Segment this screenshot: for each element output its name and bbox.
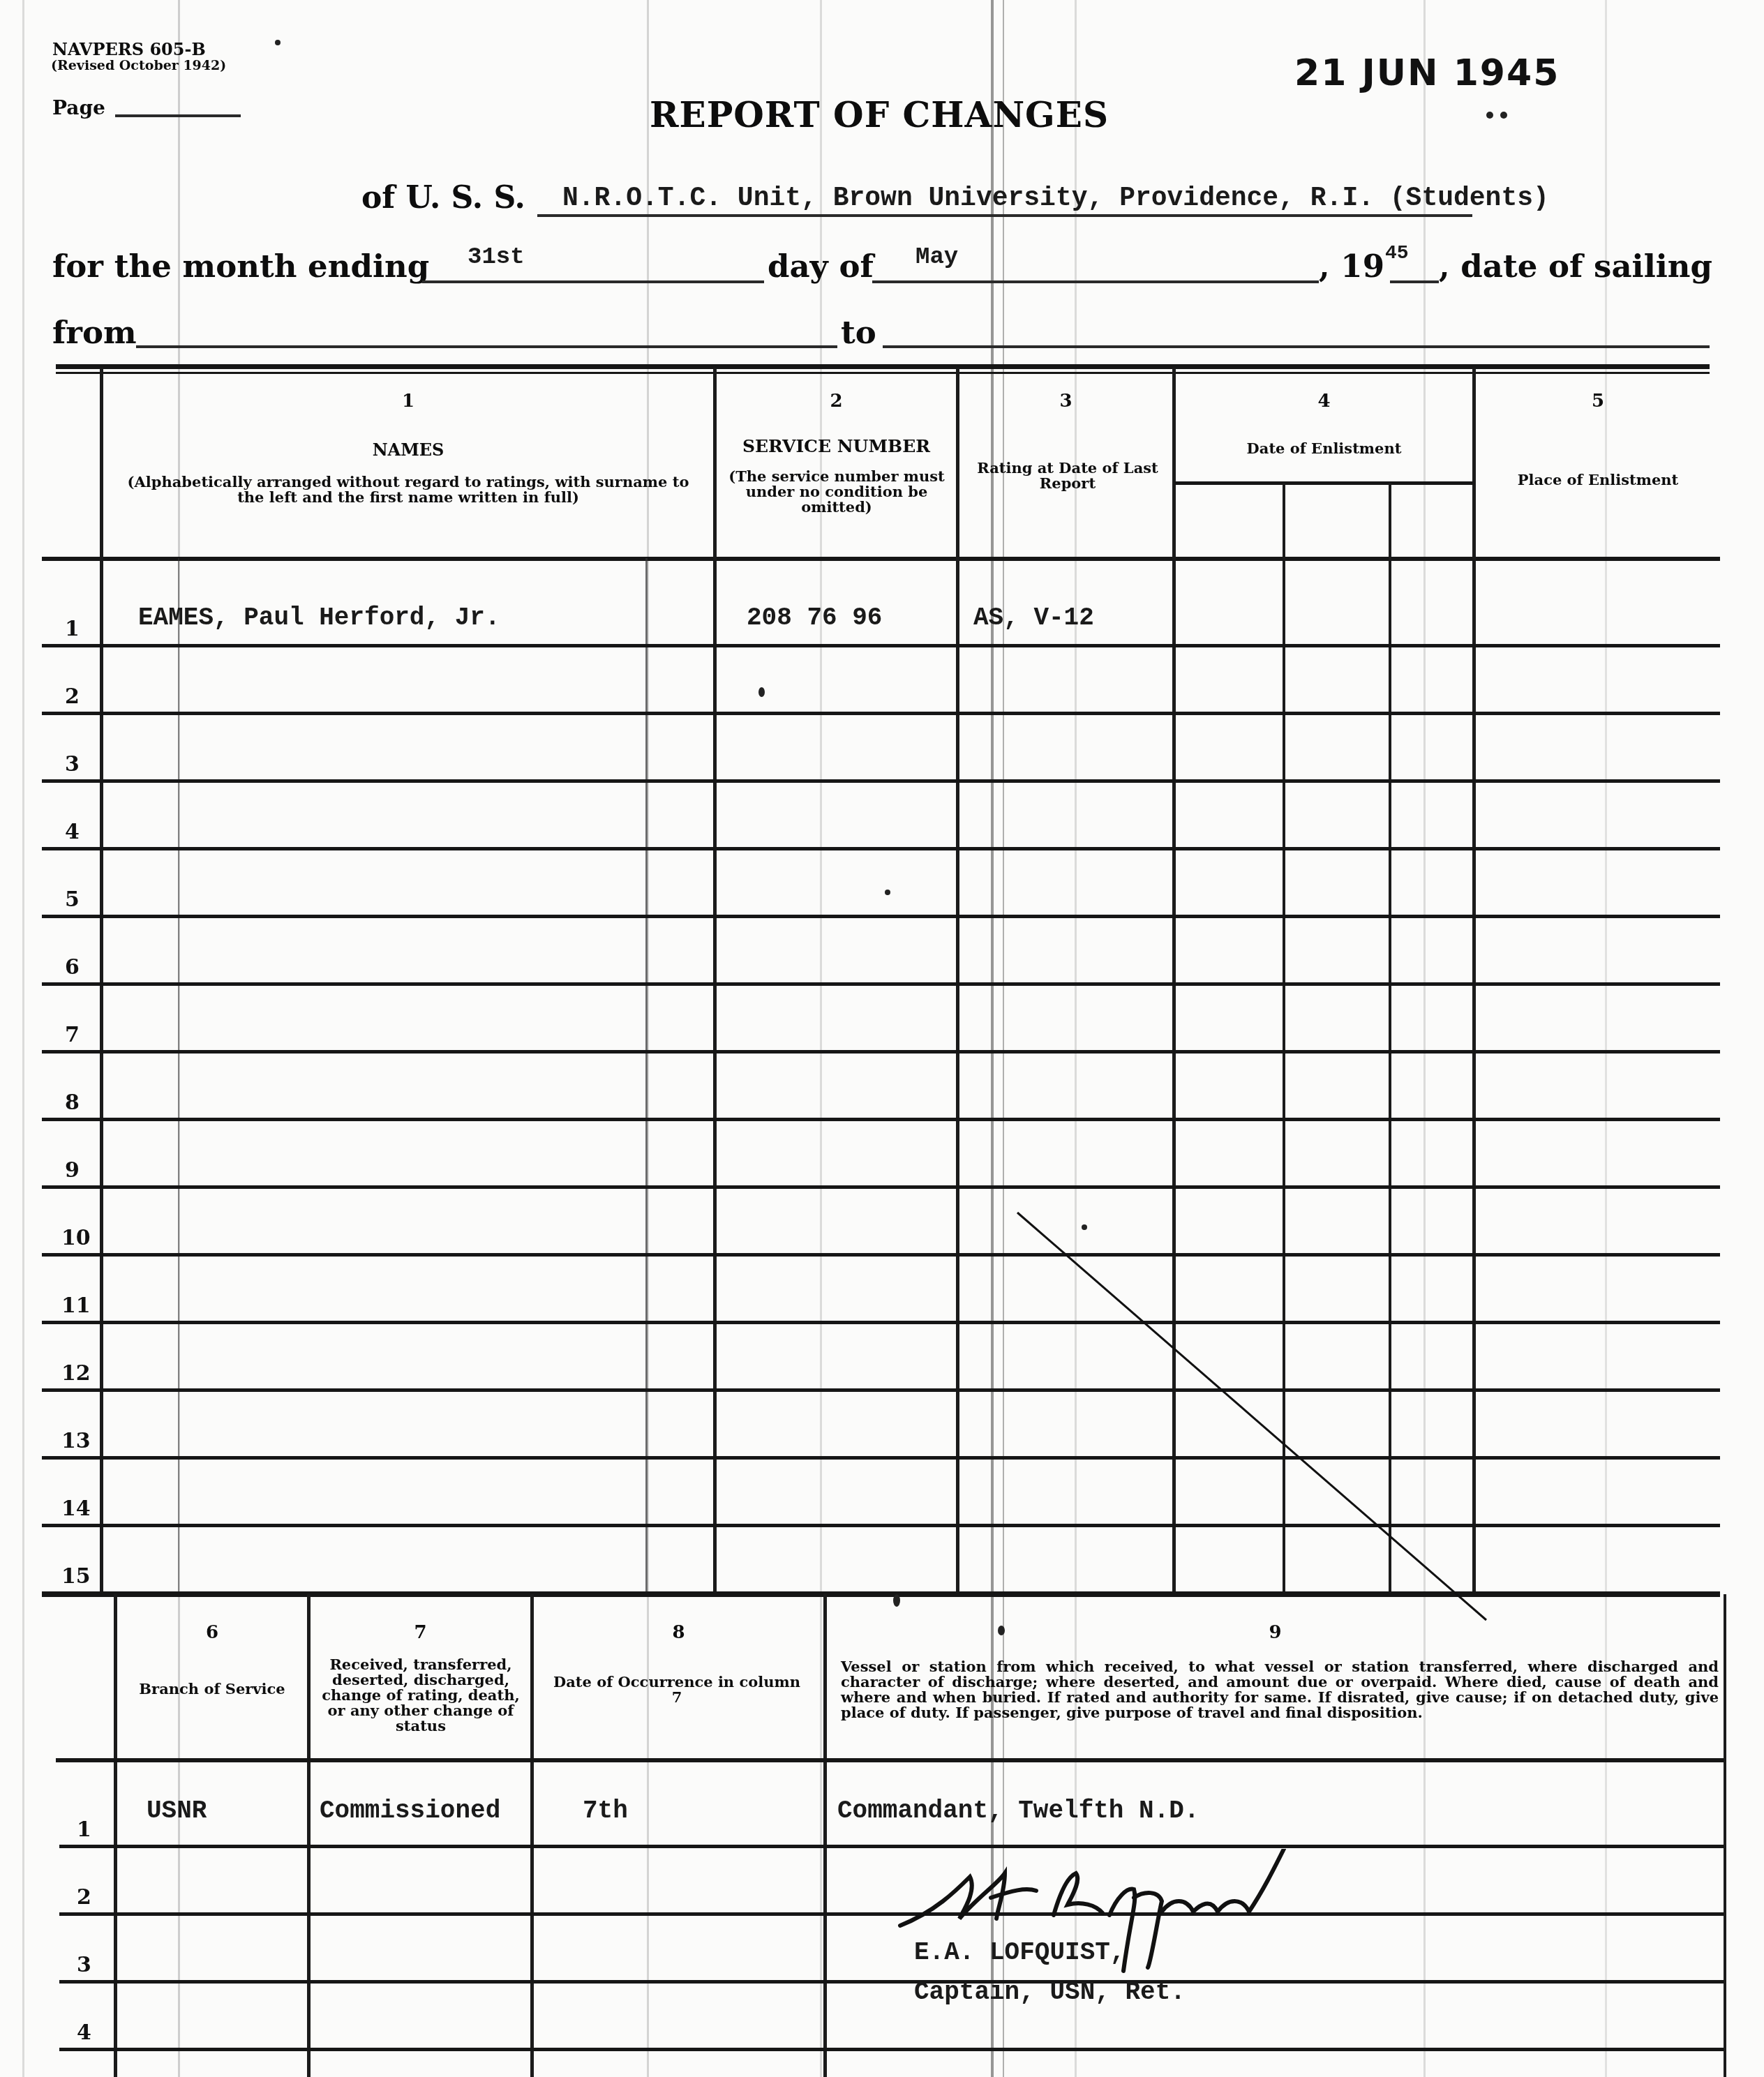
row-number: 2: [77, 1885, 91, 1910]
scan-speck: [893, 1594, 900, 1607]
col8-number: 8: [534, 1622, 823, 1643]
row-line: [42, 779, 1720, 783]
row-number: 7: [65, 1023, 80, 1047]
year-prefix: , 19: [1319, 248, 1384, 285]
year-value: 45: [1385, 243, 1409, 264]
report-of-changes-form: NAVPERS 605-B (Revised October 1942) Pag…: [0, 0, 1764, 2077]
row-number: 6: [65, 955, 80, 980]
scan-speck: [1082, 1224, 1087, 1230]
row-number: 13: [61, 1429, 91, 1453]
lower-header-bottom-border: [56, 1758, 1724, 1762]
month-ending-field-line: [422, 280, 764, 283]
scan-streak: [1423, 0, 1426, 2077]
month-ending-value: 31st: [468, 244, 525, 271]
col-border: [530, 1594, 534, 2077]
row-number: 2: [65, 684, 80, 709]
col-border: [100, 368, 103, 1594]
row-line: [42, 982, 1720, 986]
date-received-stamp: 21 JUN 1945: [1294, 52, 1560, 94]
col2-title: SERVICE NUMBER: [717, 436, 956, 456]
scan-streak: [1605, 0, 1607, 2077]
col2-subtitle: (The service number must under no condit…: [726, 469, 948, 515]
row-line: [59, 1912, 1724, 1916]
row-line: [42, 644, 1720, 647]
page-field-line: [115, 114, 241, 117]
cell-service-number: 208 76 96: [747, 603, 882, 632]
row-line: [59, 2048, 1724, 2051]
scan-speck: [998, 1626, 1005, 1635]
row-number: 14: [61, 1497, 91, 1521]
header-bottom-border: [42, 557, 1720, 561]
row-number: 11: [61, 1294, 91, 1318]
cell-branch: USNR: [147, 1797, 207, 1825]
row-number: 1: [77, 1817, 91, 1842]
col7-title: Received, transferred, deserted, dischar…: [320, 1657, 522, 1734]
page-label: Page: [52, 96, 105, 119]
row-line: [42, 1118, 1720, 1121]
row-line: [42, 915, 1720, 918]
cancel-diagonal-line: [1012, 1207, 1500, 1626]
row-number: 9: [65, 1158, 80, 1183]
row-number: 15: [61, 1564, 91, 1589]
signer-title: Captain, USN, Ret.: [914, 1978, 1186, 2007]
row-line: [59, 1845, 1724, 1848]
from-field-line: [136, 345, 837, 348]
row-line: [59, 1980, 1724, 1984]
col4-number: 4: [1176, 391, 1472, 412]
col4-title: Date of Enlistment: [1176, 440, 1472, 457]
col-border: [956, 368, 959, 1594]
scan-streak: [1003, 0, 1004, 2077]
col3-title: Rating at Date of Last Report: [977, 460, 1158, 491]
col7-number: 7: [311, 1622, 530, 1643]
cell-change-of-status: Commissioned: [320, 1797, 500, 1825]
form-revision: (Revised October 1942): [51, 59, 226, 73]
col-border: [713, 368, 717, 1594]
row-number: 4: [65, 820, 80, 844]
col-border: [114, 1594, 117, 2077]
col5-number: 5: [1476, 391, 1720, 412]
of-uss-value: N.R.O.T.C. Unit, Brown University, Provi…: [562, 183, 1549, 213]
row-number: 3: [65, 752, 80, 777]
table-top-border: [56, 372, 1710, 374]
signer-name: E.A. LOFQUIST,: [914, 1938, 1125, 1967]
col8-title: Date of Occurrence in column 7: [551, 1674, 802, 1705]
col9-number: 9: [827, 1622, 1724, 1643]
scan-speck: [758, 687, 765, 697]
scan-speck: [275, 40, 281, 45]
row-number: 12: [61, 1361, 91, 1386]
of-uss-field-line: [537, 214, 1472, 217]
col1-subtitle: (Alphabetically arranged without regard …: [112, 474, 705, 505]
col9-title: Vessel or station from which received, t…: [841, 1659, 1719, 1720]
row-line: [42, 712, 1720, 715]
col6-title: Branch of Service: [117, 1681, 307, 1697]
row-number: 3: [77, 1953, 91, 1977]
scan-streak: [991, 0, 994, 2077]
year-field-line: [1390, 280, 1439, 283]
date-of-sailing-label: , date of sailing: [1439, 248, 1712, 285]
day-of-value: May: [915, 244, 958, 271]
col-border: [823, 1594, 827, 2077]
cell-date-of-occurrence: 7th: [583, 1797, 628, 1825]
col2-number: 2: [717, 391, 956, 412]
scan-speck: [885, 890, 890, 895]
to-field-line: [883, 345, 1710, 348]
of-uss-label: of U. S. S.: [361, 180, 525, 216]
form-number: NAVPERS 605-B: [52, 42, 206, 57]
row-number: 4: [77, 2020, 91, 2045]
row-line: [42, 1050, 1720, 1054]
day-of-field-line: [872, 280, 1319, 283]
scan-streak: [820, 0, 822, 2077]
scan-speck: [1500, 112, 1507, 119]
month-ending-label: for the month ending: [52, 248, 429, 285]
table-top-border: [56, 364, 1710, 369]
row-line: [42, 1185, 1720, 1189]
cell-rating: AS, V-12: [973, 603, 1094, 632]
col3-number: 3: [959, 391, 1172, 412]
col6-number: 6: [117, 1622, 307, 1643]
col1-title: NAMES: [103, 440, 713, 460]
scan-speck: [1486, 112, 1493, 119]
row-number: 10: [61, 1226, 91, 1250]
col5-title: Place of Enlistment: [1476, 471, 1720, 488]
row-number: 1: [65, 617, 80, 641]
cell-name: EAMES, Paul Herford, Jr.: [138, 603, 500, 632]
from-label: from: [52, 314, 137, 351]
date-stamp-text: 21 JUN 1945: [1294, 52, 1560, 94]
col-border: [307, 1594, 311, 2077]
col1-number: 1: [103, 391, 713, 412]
col-border: [1724, 1594, 1726, 2077]
row-number: 8: [65, 1090, 80, 1115]
form-title: REPORT OF CHANGES: [614, 94, 1144, 135]
scan-streak: [1075, 0, 1077, 2077]
to-label: to: [841, 314, 876, 351]
row-number: 5: [65, 887, 80, 912]
scan-streak: [22, 0, 24, 2077]
enlistment-subheader-line: [1174, 481, 1474, 485]
row-line: [42, 847, 1720, 850]
day-of-label: day of: [768, 248, 874, 285]
cell-remarks: Commandant, Twelfth N.D.: [837, 1797, 1199, 1825]
